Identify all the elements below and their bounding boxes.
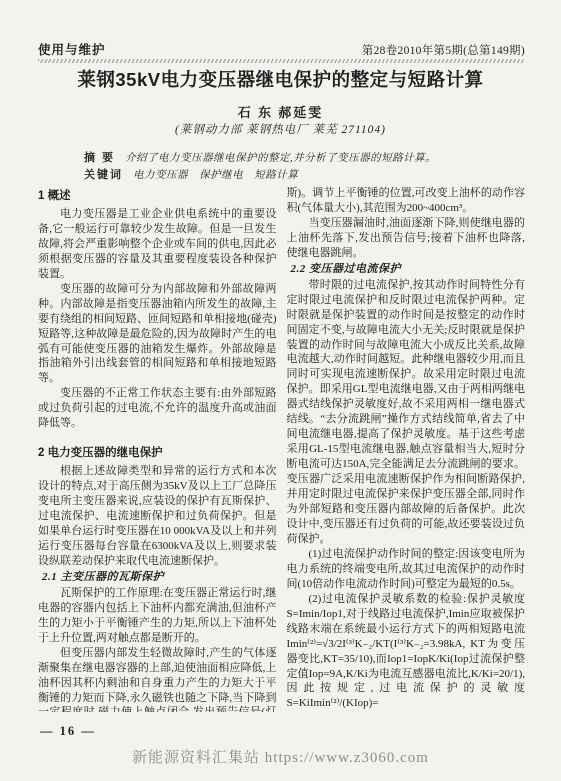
section-heading-1: 1 概述: [38, 189, 277, 204]
keywords-text: 电力变压器 保护继电 短路计算: [133, 170, 298, 181]
abstract-line: 摘 要介绍了电力变压器继电保护的整定,并分析了变压器的短路计算。: [84, 150, 483, 167]
paragraph: (2)过电流保护灵敏系数的检验:保护灵敏度S=Imin/Iop1,对于线路过电流…: [287, 592, 526, 712]
keywords-label: 关键词: [84, 169, 123, 181]
keywords-line: 关键词电力变压器 保护继电 短路计算: [84, 167, 483, 184]
paragraph: 瓦斯保护的工作原理:在变压器正常运行时,继电器的容器内包括上下油杯内都充满油,但…: [38, 586, 277, 646]
abstract-block: 摘 要介绍了电力变压器继电保护的整定,并分析了变压器的短路计算。 关键词电力变压…: [84, 150, 483, 184]
affiliation: (莱钢动力部 莱钢热电厂 莱芜 271104): [0, 121, 561, 137]
paragraph-continuation: 斯)。调节上平衡锤的位置,可改变上油杯的动作容积(气体量大小),其范围为200~…: [287, 186, 526, 216]
left-column: 1 概述 电力变压器是工业企业供电系统中的重要设备,它一般运行可靠较少发生故障。…: [38, 186, 277, 712]
paragraph: 变压器的故障可分为内部故障和外部故障两种。内部故障是指变压器油箱内所发生的故障,…: [38, 282, 277, 387]
authors: 石 东 郝延雯: [0, 102, 561, 121]
subsection-heading-2-2: 2.2 变压器过电流保护: [291, 262, 526, 277]
page-number: — 16 —: [40, 724, 96, 739]
section-heading-2: 2 电力变压器的继电保护: [38, 446, 277, 461]
scanned-paper-page: 使用与维护 第28卷2010年第5期(总第149期) 莱钢35kV电力变压器继电…: [0, 0, 561, 781]
two-column-body: 1 概述 电力变压器是工业企业供电系统中的重要设备,它一般运行可靠较少发生故障。…: [38, 186, 525, 712]
page-header: 使用与维护 第28卷2010年第5期(总第149期): [38, 40, 525, 58]
paragraph: 带时限的过电流保护,按其动作时间特性分有定时限过电流保护和反时限过电流保护两种。…: [287, 278, 526, 547]
paragraph: 当变压器漏油时,油面逐渐下降,则使继电器的上油杯先落下,发出预告信号;接着下油杯…: [287, 216, 526, 261]
journal-section-label: 使用与维护: [38, 40, 106, 58]
paragraph: (1)过电流保护动作时间的整定:因该变电所为电力系统的终端变电所,故其过电流保护…: [287, 547, 526, 592]
paragraph: 电力变压器是工业企业供电系统中的重要设备,它一般运行可靠较少发生故障。但是一旦发…: [38, 207, 277, 282]
abstract-text: 介绍了电力变压器继电保护的整定,并分析了变压器的短路计算。: [125, 153, 436, 164]
abstract-label: 摘 要: [84, 152, 115, 164]
paragraph: 但变压器内部发生轻微故障时,产生的气体逐渐聚集在继电器容器的上部,迫使油面相应降…: [38, 646, 277, 712]
paper-title: 莱钢35kV电力变压器继电保护的整定与短路计算: [0, 66, 561, 92]
paragraph: 变压器的不正常工作状态主要有:由外部短路或过负荷引起的过电流,不允许的温度升高或…: [38, 386, 277, 431]
subsection-heading-2-1: 2.1 主变压器的瓦斯保护: [42, 570, 277, 585]
decorative-rule: [38, 59, 525, 63]
issue-info: 第28卷2010年第5期(总第149期): [362, 42, 525, 58]
paragraph: 根据上述故障类型和异常的运行方式和本次设计的特点,对于高压侧为35kV及以上工厂…: [38, 464, 277, 569]
watermark: 新能源资料汇集站 https://www.z3060.com: [0, 746, 561, 767]
right-column: 斯)。调节上平衡锤的位置,可改变上油杯的动作容积(气体量大小),其范围为200~…: [287, 186, 526, 712]
